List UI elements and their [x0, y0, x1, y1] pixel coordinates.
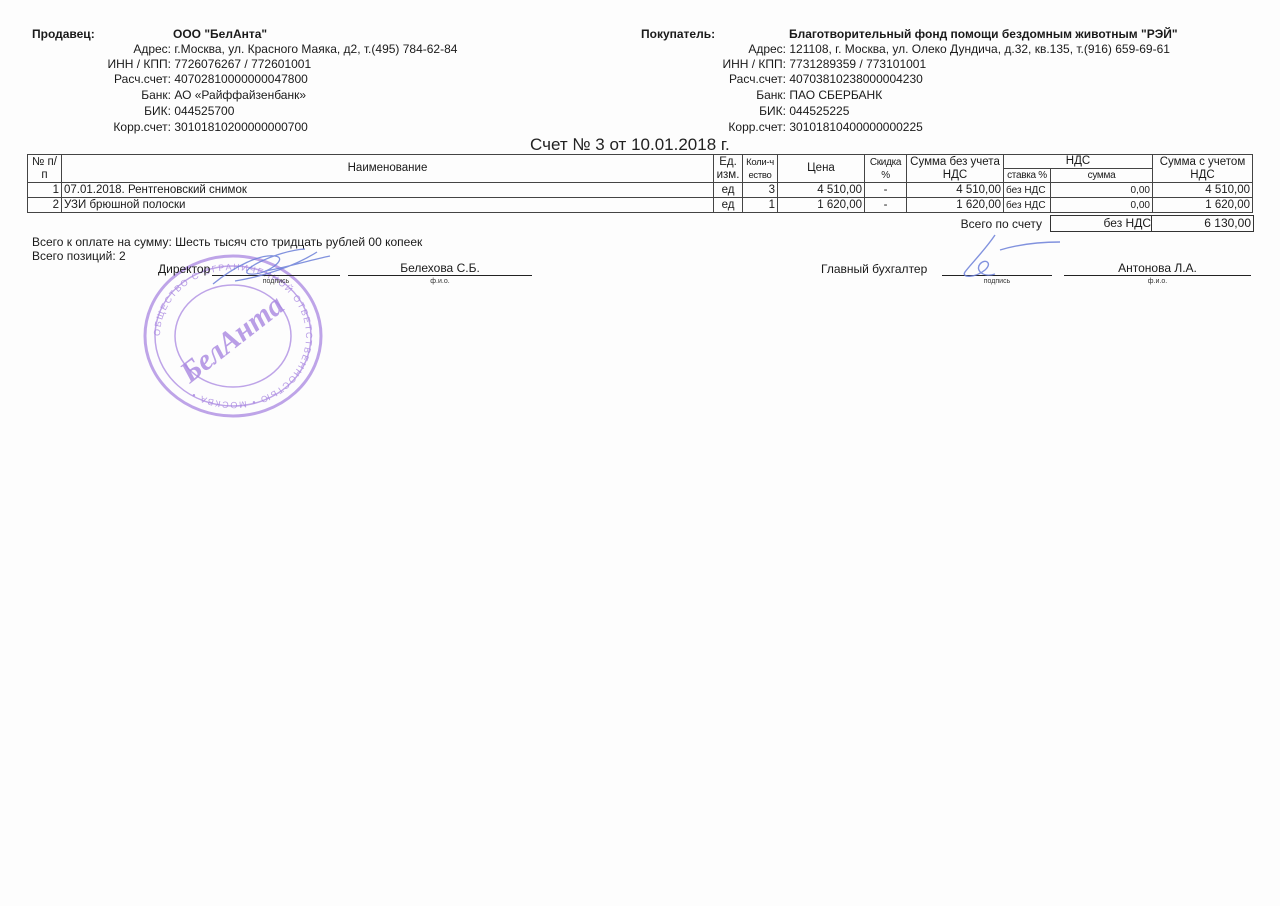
- buyer-bik: БИК: 044525225: [630, 104, 849, 119]
- row-discount: -: [865, 198, 907, 213]
- row-qty: 1: [743, 198, 778, 213]
- row-unit: ед: [714, 198, 743, 213]
- header-vat: НДС: [1004, 155, 1153, 169]
- invoice-table: № п/п Наименование Ед. изм. Коли-чество …: [27, 154, 1253, 213]
- header-vat-sum: сумма: [1051, 169, 1153, 183]
- director-role: Директор: [158, 262, 210, 277]
- header-qty: Коли-чество: [743, 155, 778, 183]
- accountant-name-caption: ф.и.о.: [1064, 278, 1251, 285]
- buyer-heading: Покупатель:: [641, 27, 715, 42]
- header-price: Цена: [778, 155, 865, 183]
- svg-text:БелАнта: БелАнта: [173, 288, 290, 390]
- buyer-address: Адрес: 121108, г. Москва, ул. Олеко Дунд…: [630, 42, 1170, 57]
- row-qty: 3: [743, 183, 778, 198]
- row-sum-with-vat: 4 510,00: [1153, 183, 1253, 198]
- row-name: 07.01.2018. Рентгеновский снимок: [62, 183, 714, 198]
- director-name: Белехова С.Б.: [348, 261, 532, 275]
- buyer-name: Благотворительный фонд помощи бездомным …: [789, 27, 1178, 42]
- buyer-inn: ИНН / КПП: 7731289359 / 773101001: [630, 57, 926, 72]
- row-sum-no-vat: 1 620,00: [907, 198, 1004, 213]
- row-num: 2: [28, 198, 62, 213]
- row-price: 1 620,00: [778, 198, 865, 213]
- total-vat: без НДС: [1051, 216, 1152, 231]
- buyer-corr-account: Корр.счет: 30101810400000000225: [630, 120, 923, 135]
- table-row: 2 УЗИ брюшной полоски ед 1 1 620,00 - 1 …: [28, 198, 1253, 213]
- seller-bank: Банк: АО «Райффайзенбанк»: [0, 88, 306, 103]
- header-sum-with-vat: Сумма с учетом НДС: [1153, 155, 1253, 183]
- row-name: УЗИ брюшной полоски: [62, 198, 714, 213]
- seller-inn: ИНН / КПП: 7726076267 / 772601001: [0, 57, 311, 72]
- invoice-title: Счет № 3 от 10.01.2018 г.: [530, 135, 730, 155]
- header-discount: Скидка %: [865, 155, 907, 183]
- seller-bik: БИК: 044525700: [0, 104, 234, 119]
- row-price: 4 510,00: [778, 183, 865, 198]
- seller-name: ООО "БелАнта": [173, 27, 267, 42]
- buyer-bank: Банк: ПАО СБЕРБАНК: [630, 88, 882, 103]
- seller-account: Расч.счет: 40702810000000047800: [0, 72, 308, 87]
- row-vat-sum: 0,00: [1051, 198, 1153, 213]
- accountant-signature-icon: [955, 230, 1065, 280]
- accountant-role: Главный бухгалтер: [821, 262, 927, 277]
- total-sum: 6 130,00: [1204, 216, 1251, 231]
- header-sum-no-vat: Сумма без учета НДС: [907, 155, 1004, 183]
- row-vat-rate: без НДС: [1004, 198, 1051, 213]
- row-sum-with-vat: 1 620,00: [1153, 198, 1253, 213]
- director-name-line: [348, 275, 532, 276]
- row-unit: ед: [714, 183, 743, 198]
- header-vat-rate: ставка %: [1004, 169, 1051, 183]
- row-discount: -: [865, 183, 907, 198]
- table-row: 1 07.01.2018. Рентгеновский снимок ед 3 …: [28, 183, 1253, 198]
- row-num: 1: [28, 183, 62, 198]
- accountant-name-line: [1064, 275, 1251, 276]
- accountant-name: Антонова Л.А.: [1064, 261, 1251, 275]
- buyer-account: Расч.счет: 40703810238000004230: [630, 72, 923, 87]
- row-vat-sum: 0,00: [1051, 183, 1153, 198]
- seller-corr-account: Корр.счет: 30101810200000000700: [0, 120, 308, 135]
- total-box: без НДС 6 130,00: [1050, 215, 1254, 232]
- positions-count: Всего позиций: 2: [32, 249, 126, 264]
- header-name: Наименование: [62, 155, 714, 183]
- director-signature-icon: [205, 246, 335, 291]
- header-unit: Ед. изм.: [714, 155, 743, 183]
- row-vat-rate: без НДС: [1004, 183, 1051, 198]
- row-sum-no-vat: 4 510,00: [907, 183, 1004, 198]
- header-num: № п/п: [28, 155, 62, 183]
- director-name-caption: ф.и.о.: [348, 278, 532, 285]
- seller-address: Адрес: г.Москва, ул. Красного Маяка, д2,…: [0, 42, 457, 57]
- seller-heading: Продавец:: [32, 27, 95, 42]
- total-label: Всего по счету: [940, 217, 1042, 231]
